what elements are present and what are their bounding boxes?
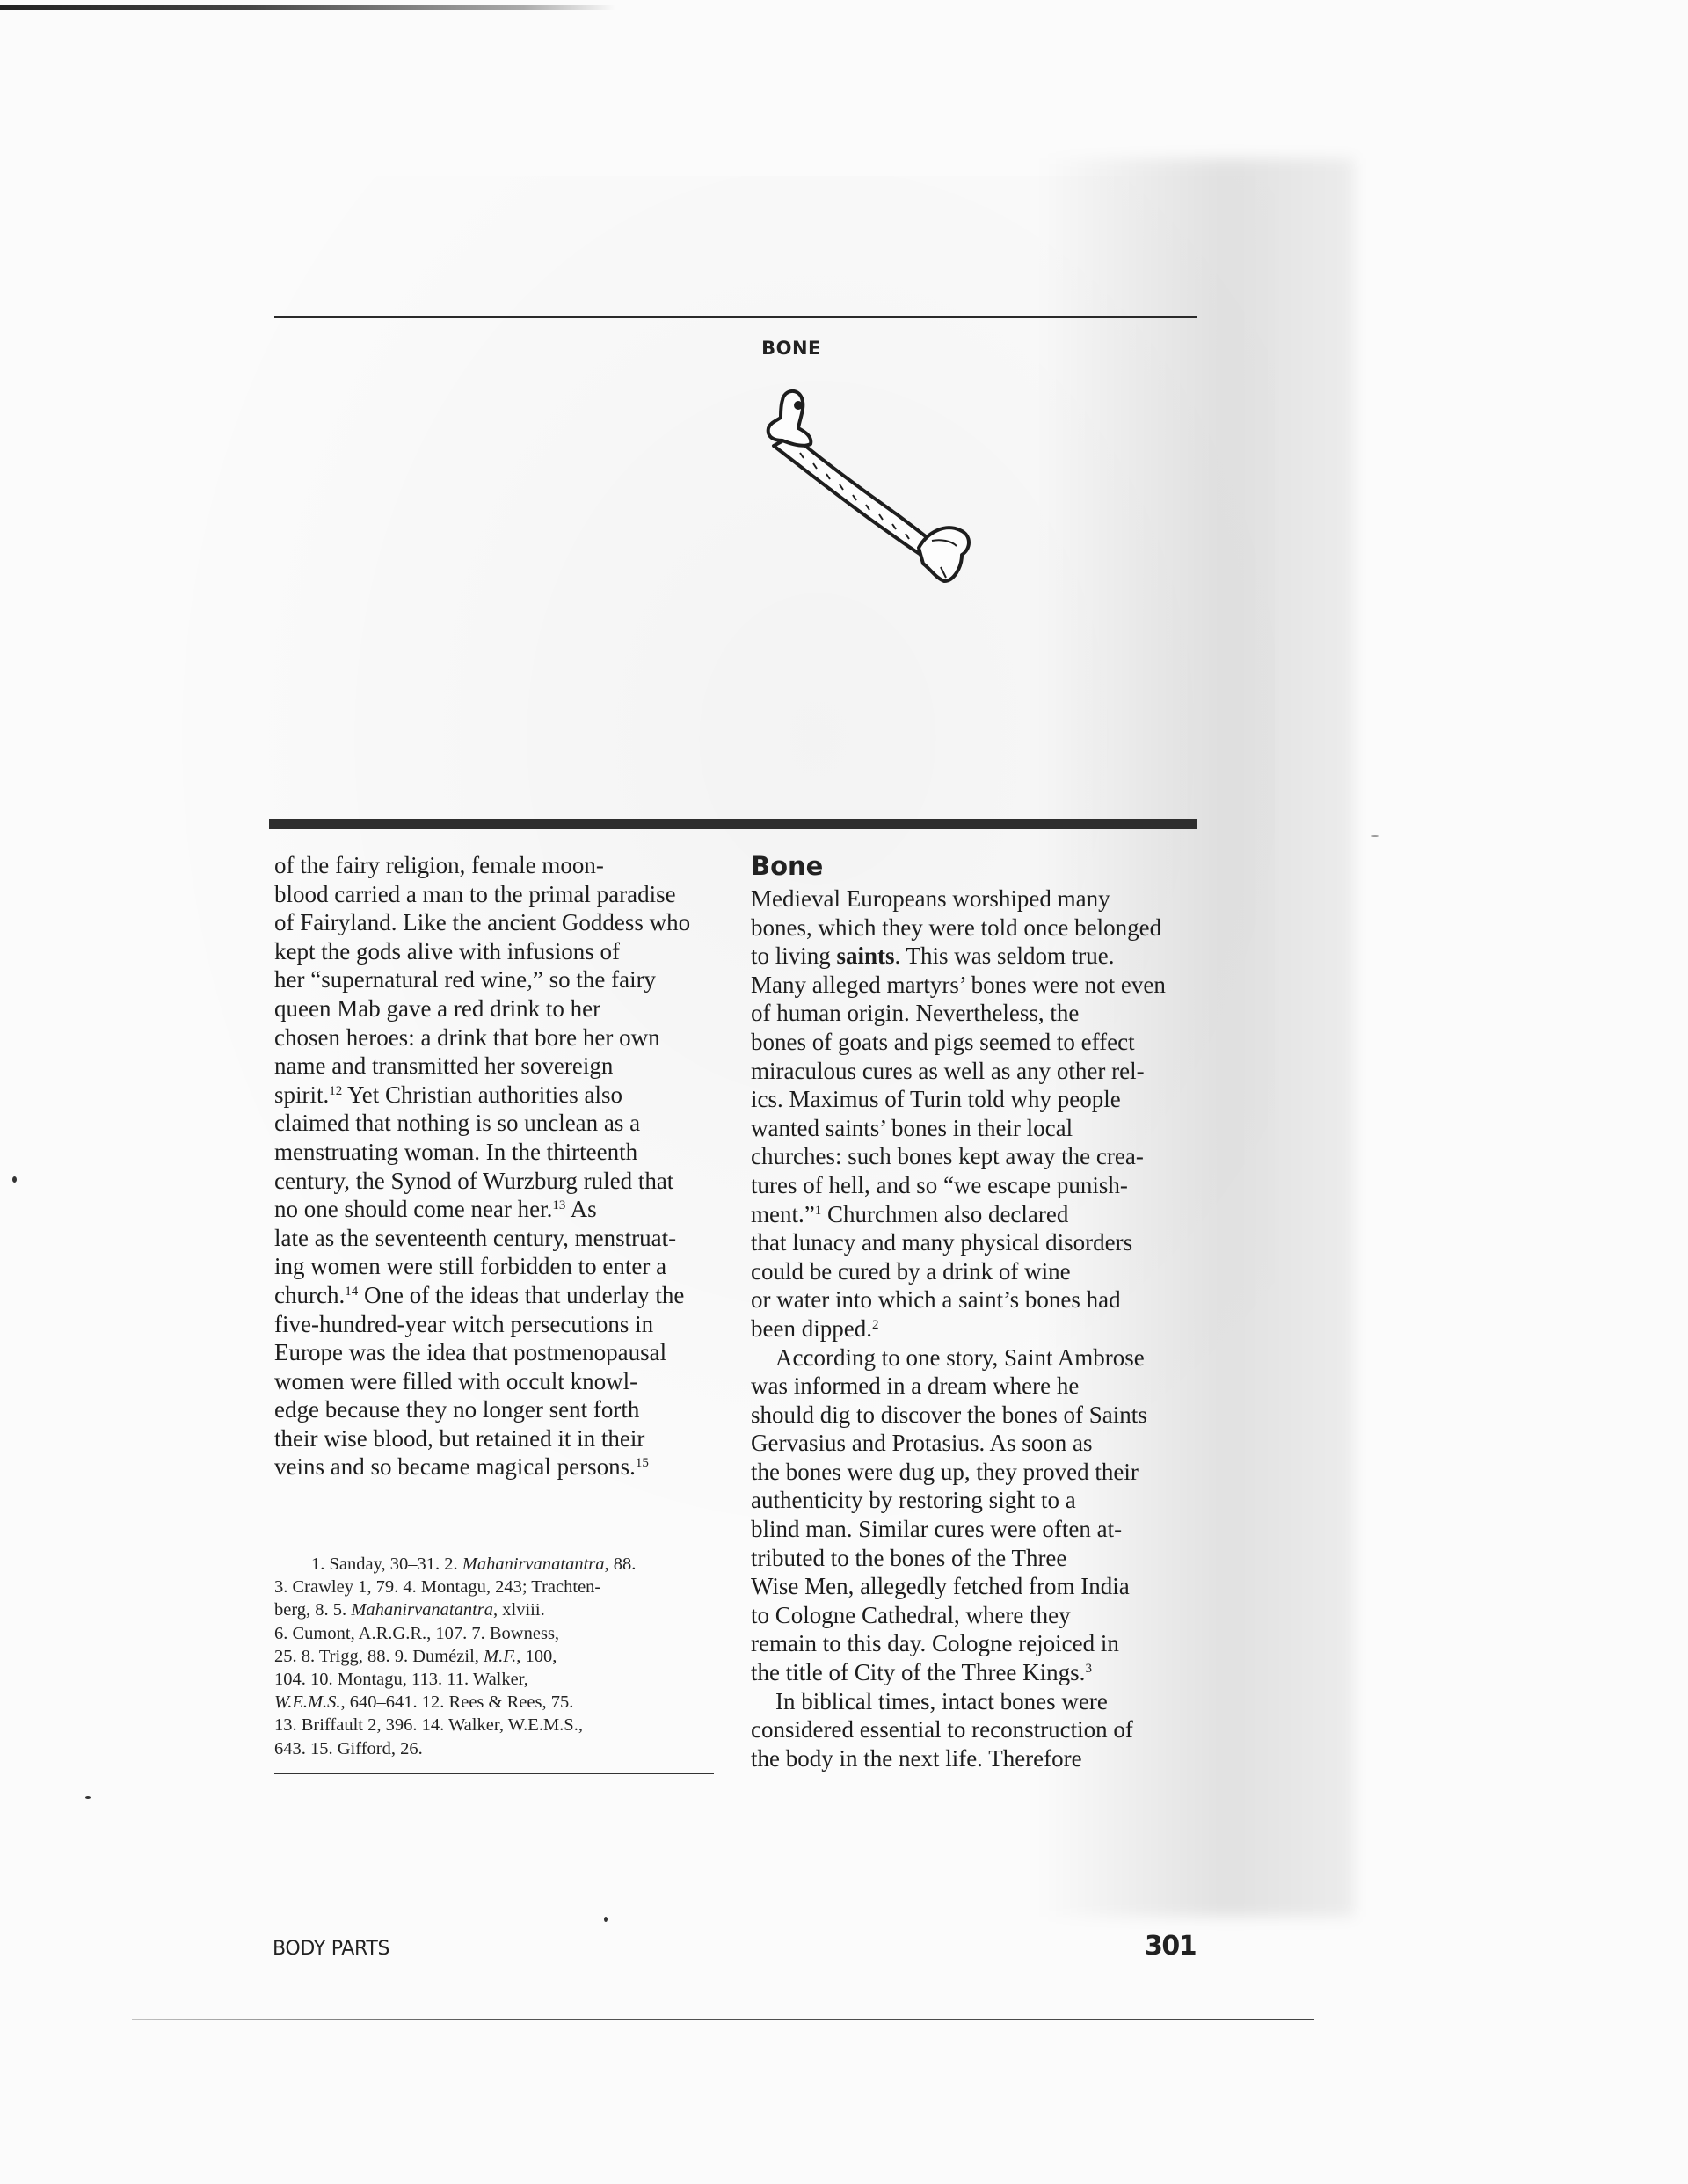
text-line: veins and so became magical persons.15: [274, 1452, 723, 1481]
footnote-line: 13. Briffault 2, 396. 14. Walker, W.E.M.…: [274, 1714, 723, 1736]
bone-icon: [747, 382, 971, 589]
footnote-ref: 14: [345, 1285, 358, 1299]
cross-reference: saints: [837, 943, 895, 969]
text-line: bones, which they were told once belonge…: [751, 914, 1208, 943]
text-line: that lunacy and many physical disorders: [751, 1228, 1208, 1257]
text-line: could be cured by a drink of wine: [751, 1257, 1208, 1286]
text-line: their wise blood, but retained it in the…: [274, 1424, 723, 1453]
text-line: In biblical times, intact bones were: [751, 1687, 1208, 1716]
text-line: blood carried a man to the primal paradi…: [274, 880, 723, 909]
text-line: authenticity by restoring sight to a: [751, 1486, 1208, 1515]
text-line: her “supernatural red wine,” so the fair…: [274, 965, 723, 994]
text-line: the body in the next life. Therefore: [751, 1744, 1208, 1773]
section-divider-rule: [269, 819, 1197, 829]
section-heading: Bone: [751, 851, 1208, 881]
text-line: spirit.12 Yet Christian authorities also: [274, 1081, 723, 1110]
text-line: churches: such bones kept away the crea-: [751, 1142, 1208, 1171]
footnote-ref: 12: [329, 1084, 342, 1098]
text-line: women were filled with occult knowl-: [274, 1367, 723, 1396]
text-line: the bones were dug up, they proved their: [751, 1458, 1208, 1487]
text-line: queen Mab gave a red drink to her: [274, 994, 723, 1023]
footnotes-rule: [274, 1773, 714, 1774]
text-line: wanted saints’ bones in their local: [751, 1114, 1208, 1143]
footnote-ref: 13: [552, 1198, 565, 1212]
text-line: chosen heroes: a drink that bore her own: [274, 1023, 723, 1052]
text-line: Wise Men, allegedly fetched from India: [751, 1572, 1208, 1601]
text-line: ment.”1 Churchmen also declared: [751, 1200, 1208, 1229]
text-line: Many alleged martyrs’ bones were not eve…: [751, 971, 1208, 1000]
footnote-ref: 3: [1085, 1662, 1092, 1676]
text-line: the title of City of the Three Kings.3: [751, 1658, 1208, 1687]
text-line: blind man. Similar cures were often at-: [751, 1515, 1208, 1544]
text-line: ing women were still forbidden to enter …: [274, 1252, 723, 1281]
text-line: menstruating woman. In the thirteenth: [274, 1138, 723, 1167]
footnote-line: 25. 8. Trigg, 88. 9. Dumézil, M.F., 100,: [274, 1645, 723, 1668]
footnotes: 1. Sanday, 30–31. 2. Mahanirvanatantra, …: [274, 1553, 723, 1760]
scan-edge-line: [0, 5, 615, 10]
text-line: five-hundred-year witch persecutions in: [274, 1310, 723, 1339]
text-line: church.14 One of the ideas that underlay…: [274, 1281, 723, 1310]
text-line: remain to this day. Cologne rejoiced in: [751, 1629, 1208, 1658]
text-line: name and transmitted her sovereign: [274, 1052, 723, 1081]
text-line: Medieval Europeans worshiped many: [751, 885, 1208, 914]
text-line: to living saints. This was seldom true.: [751, 942, 1208, 971]
footnote-line: 3. Crawley 1, 79. 4. Montagu, 243; Trach…: [274, 1576, 723, 1598]
text-line: or water into which a saint’s bones had: [751, 1285, 1208, 1314]
footnote-ref: 1: [815, 1204, 822, 1218]
footnote-line: berg, 8. 5. Mahanirvanatantra, xlviii.: [274, 1598, 723, 1621]
text-line: ics. Maximus of Turin told why people: [751, 1085, 1208, 1114]
footnote-line: 6. Cumont, A.R.G.R., 107. 7. Bowness,: [274, 1622, 723, 1645]
running-head: BONE: [738, 338, 844, 359]
text-line: of the fairy religion, female moon-: [274, 851, 723, 880]
scan-speck: [12, 1176, 17, 1183]
header-rule: [274, 316, 1197, 318]
text-line: kept the gods alive with infusions of: [274, 937, 723, 966]
page-number: 301: [1145, 1931, 1196, 1962]
footnote-line: W.E.M.S., 640–641. 12. Rees & Rees, 75.: [274, 1691, 723, 1714]
text-line: been dipped.2: [751, 1314, 1208, 1343]
text-line: miraculous cures as well as any other re…: [751, 1057, 1208, 1086]
left-column-text: of the fairy religion, female moon- bloo…: [274, 851, 723, 1481]
text-line: Gervasius and Protasius. As soon as: [751, 1429, 1208, 1458]
text-line: should dig to discover the bones of Sain…: [751, 1401, 1208, 1430]
text-line: no one should come near her.13 As: [274, 1195, 723, 1224]
text-line: edge because they no longer sent forth: [274, 1395, 723, 1424]
scan-speck: [604, 1917, 608, 1922]
text-line: century, the Synod of Wurzburg ruled tha…: [274, 1167, 723, 1196]
right-column-text: Bone Medieval Europeans worshiped many b…: [751, 851, 1208, 1773]
text-line: claimed that nothing is so unclean as a: [274, 1109, 723, 1138]
scan-speck: [1371, 835, 1379, 837]
text-line: considered essential to reconstruction o…: [751, 1715, 1208, 1744]
text-line: was informed in a dream where he: [751, 1372, 1208, 1401]
text-line: tures of hell, and so “we escape punish-: [751, 1171, 1208, 1200]
text-line: of Fairyland. Like the ancient Goddess w…: [274, 908, 723, 937]
text-line: to Cologne Cathedral, where they: [751, 1601, 1208, 1630]
scan-speck: [85, 1796, 91, 1799]
footnote-line: 104. 10. Montagu, 113. 11. Walker,: [274, 1668, 723, 1691]
text-line: bones of goats and pigs seemed to effect: [751, 1028, 1208, 1057]
text-line: late as the seventeenth century, menstru…: [274, 1224, 723, 1253]
footnote-line: 643. 15. Gifford, 26.: [274, 1737, 723, 1760]
footnote-ref: 15: [636, 1456, 649, 1470]
text-line: tributed to the bones of the Three: [751, 1544, 1208, 1573]
footnote-line: 1. Sanday, 30–31. 2. Mahanirvanatantra, …: [274, 1553, 723, 1576]
scan-bottom-edge: [132, 2019, 1314, 2020]
section-footer: BODY PARTS: [273, 1938, 389, 1960]
text-line: of human origin. Nevertheless, the: [751, 999, 1208, 1028]
text-line: According to one story, Saint Ambrose: [751, 1343, 1208, 1372]
footnote-ref: 2: [872, 1318, 879, 1332]
text-line: Europe was the idea that postmenopausal: [274, 1338, 723, 1367]
